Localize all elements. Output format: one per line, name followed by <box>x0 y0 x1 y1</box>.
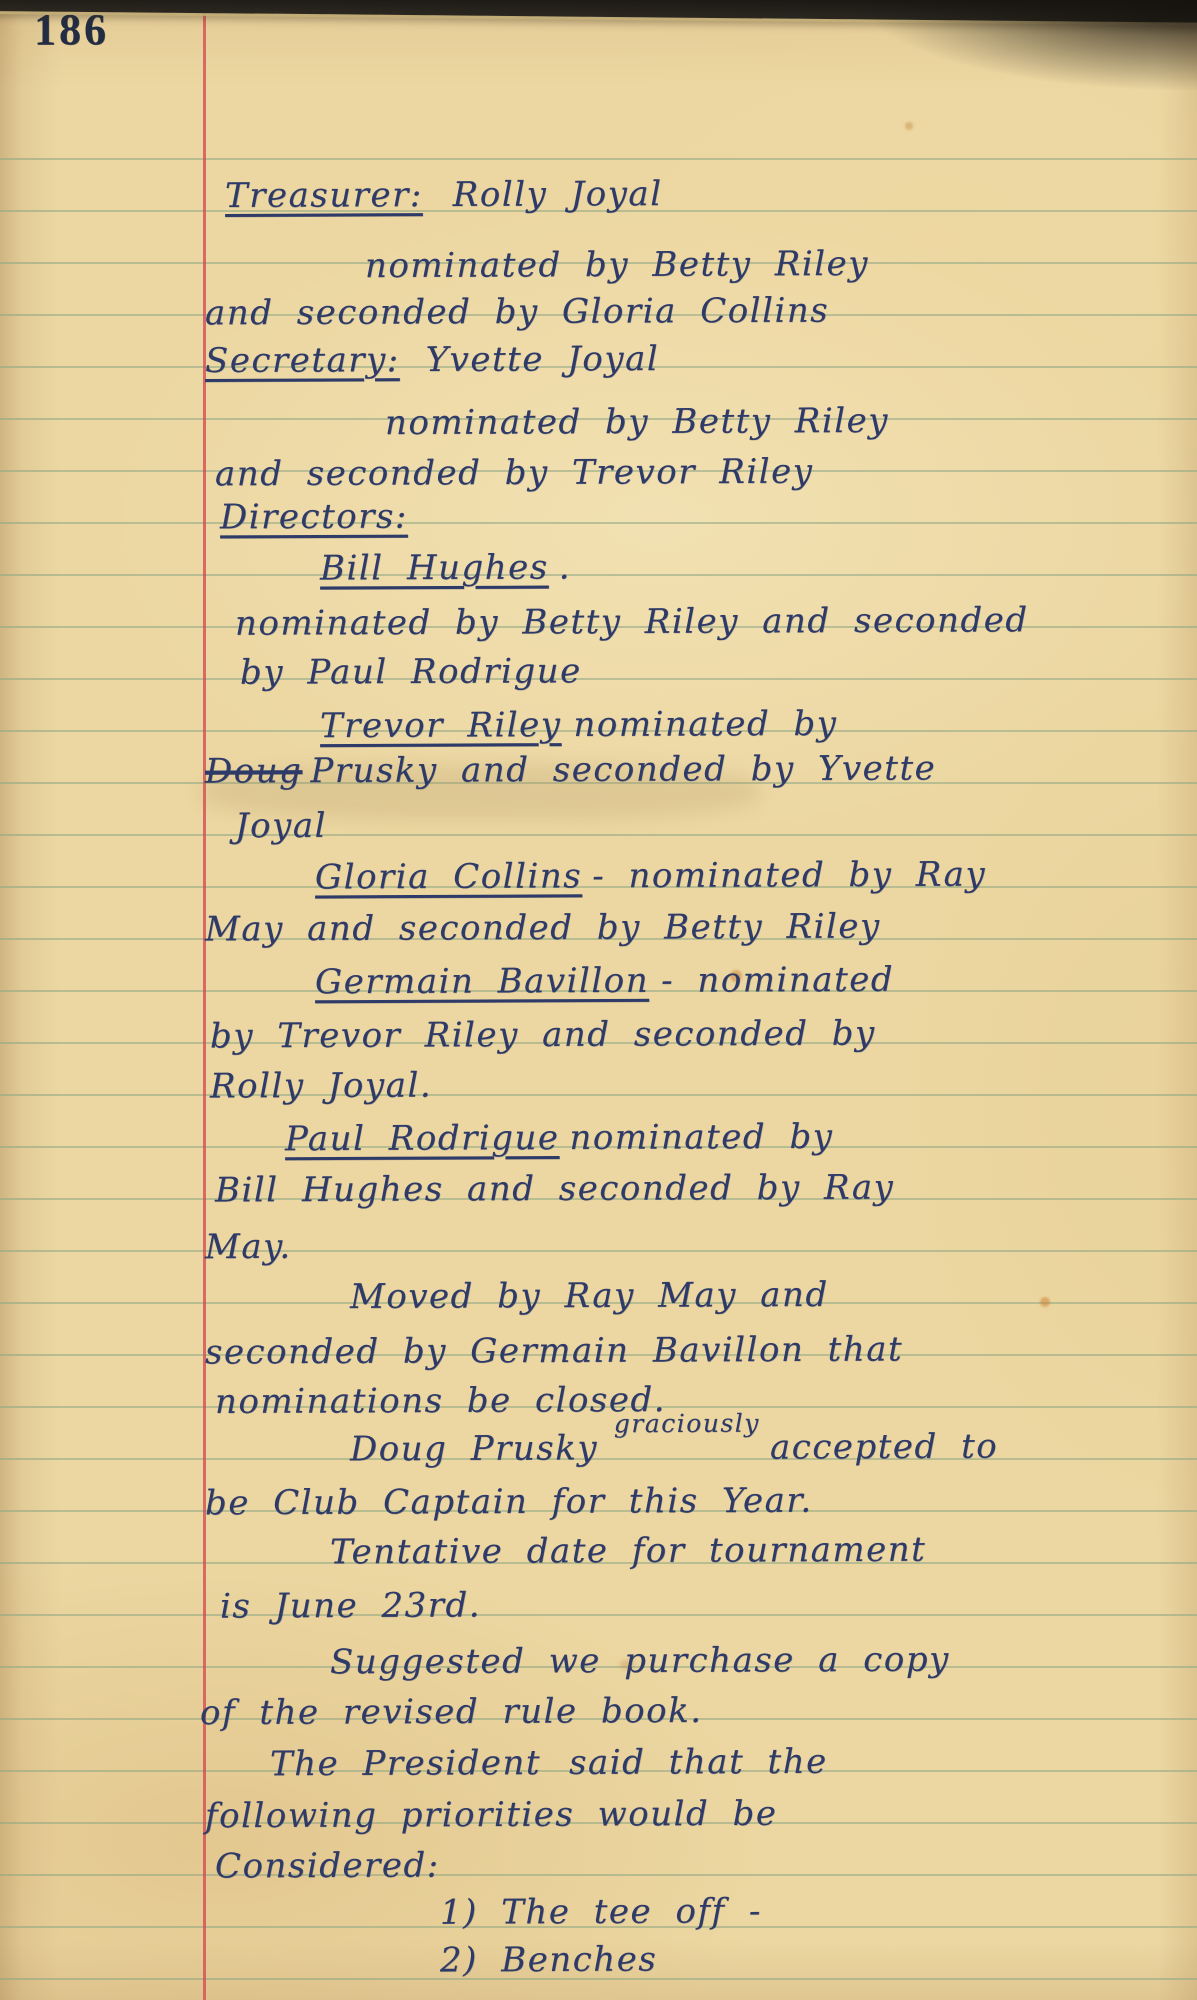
handwritten-text: Trevor Riley <box>320 705 562 746</box>
handwritten-line: May and seconded by Betty Riley <box>205 907 881 950</box>
handwritten-line: Paul Rodriguenominated by <box>285 1117 834 1159</box>
handwritten-text: is June 23rd. <box>220 1585 481 1626</box>
handwritten-line: by Trevor Riley and seconded by <box>210 1014 876 1057</box>
handwritten-text: by Paul Rodrigue <box>240 651 582 692</box>
handwritten-text: Moved by Ray May and <box>350 1275 829 1317</box>
handwritten-text: Treasurer: <box>225 175 423 216</box>
handwritten-text: May and seconded by Betty Riley <box>205 907 881 950</box>
handwriting-layer: Treasurer:Rolly Joyalnominated by Betty … <box>0 0 1197 2000</box>
handwritten-line: by Paul Rodrigue <box>240 651 582 692</box>
handwritten-text: and seconded by Trevor Riley <box>215 452 814 495</box>
handwritten-text: May. <box>205 1227 292 1267</box>
handwritten-line: nominations be closed. <box>215 1380 666 1422</box>
handwritten-text: Tentative date for tournament <box>330 1530 926 1573</box>
handwritten-line: Bill Hughes . <box>320 547 571 588</box>
handwritten-line: is June 23rd. <box>220 1585 481 1626</box>
handwritten-line: Gloria Collins- nominated by Ray <box>315 855 986 898</box>
handwritten-text: 2) Benches <box>440 1940 657 1981</box>
handwritten-text: Bill Hughes and seconded by Ray <box>215 1168 894 1211</box>
handwritten-line: Suggested we purchase a copy <box>330 1640 950 1683</box>
handwritten-line: nominated by Betty Riley and seconded <box>235 600 1029 643</box>
handwritten-line: May. <box>205 1227 292 1267</box>
handwritten-text: be Club Captain for this Year. <box>205 1481 813 1524</box>
handwritten-text: Doug Prusky <box>350 1428 598 1469</box>
handwritten-text: following priorities would be <box>205 1794 778 1836</box>
handwritten-text: 1) The tee off - <box>440 1891 762 1932</box>
handwritten-text: Rolly Joyal <box>453 174 663 215</box>
handwritten-line: Doug Pruskygraciouslyaccepted to <box>350 1427 998 1470</box>
handwritten-text: Germain Bavillon <box>315 961 649 1002</box>
handwritten-text: Bill Hughes <box>320 548 549 589</box>
handwritten-line: Tentative date for tournament <box>330 1530 926 1573</box>
handwritten-text: The President <box>270 1743 541 1784</box>
handwritten-text: Directors: <box>220 497 408 538</box>
handwritten-line: The Presidentsaid that the <box>270 1742 828 1784</box>
handwritten-text: nominated by <box>573 704 837 745</box>
handwritten-line: and seconded by Trevor Riley <box>215 452 814 495</box>
handwritten-line: following priorities would be <box>205 1794 778 1836</box>
handwritten-text: and seconded by Gloria Collins <box>205 291 829 334</box>
handwritten-text: Rolly Joyal. <box>210 1066 432 1107</box>
handwritten-text: seconded by Germain Bavillon that <box>205 1329 903 1372</box>
handwritten-line: Germain Bavillon- nominated <box>315 960 894 1003</box>
handwritten-line: Directors: <box>220 497 408 538</box>
handwritten-line: nominated by Betty Riley <box>385 401 889 443</box>
handwritten-text: Joyal <box>235 806 327 846</box>
handwritten-line: DougPrusky and seconded by Yvette <box>205 748 936 791</box>
handwritten-line: nominated by Betty Riley <box>365 244 869 286</box>
handwritten-line: Rolly Joyal. <box>210 1066 432 1107</box>
handwritten-text: by Trevor Riley and seconded by <box>210 1014 876 1057</box>
handwritten-text: Secretary: <box>205 340 400 381</box>
handwritten-text: said that the <box>569 1742 828 1783</box>
handwritten-text: nominated by <box>569 1117 833 1158</box>
handwritten-text: accepted to <box>770 1427 998 1468</box>
handwritten-line: 2) Benches <box>440 1940 657 1981</box>
handwritten-text: of the revised rule book. <box>200 1691 703 1733</box>
handwritten-line: Joyal <box>235 806 327 846</box>
handwritten-text: Gloria Collins <box>315 856 582 897</box>
handwritten-text: Yvette Joyal <box>426 339 660 380</box>
handwritten-line: 1) The tee off - <box>440 1891 762 1932</box>
handwritten-text: Suggested we purchase a copy <box>330 1640 950 1683</box>
handwritten-text: - nominated by Ray <box>592 855 986 897</box>
handwritten-text: . <box>559 547 571 587</box>
handwritten-text: nominations be closed. <box>215 1380 666 1422</box>
handwritten-text: - nominated <box>661 960 894 1001</box>
handwritten-line: Trevor Rileynominated by <box>320 704 838 746</box>
handwritten-line: Moved by Ray May and <box>350 1275 829 1317</box>
handwritten-line: of the revised rule book. <box>200 1691 703 1733</box>
handwritten-line: Bill Hughes and seconded by Ray <box>215 1168 894 1211</box>
handwritten-text: nominated by Betty Riley <box>365 244 869 286</box>
handwritten-text: nominated by Betty Riley and seconded <box>235 600 1029 643</box>
handwritten-line: and seconded by Gloria Collins <box>205 291 829 334</box>
handwritten-text: Considered: <box>215 1846 440 1887</box>
handwritten-text: Paul Rodrigue <box>285 1118 560 1159</box>
handwritten-text: Doug <box>205 751 303 791</box>
handwritten-text: graciously <box>614 1409 760 1439</box>
handwritten-line: be Club Captain for this Year. <box>205 1481 813 1524</box>
handwritten-line: seconded by Germain Bavillon that <box>205 1329 903 1372</box>
handwritten-text: nominated by Betty Riley <box>385 401 889 443</box>
notebook-paper: 186 Treasurer:Rolly Joyalnominated by Be… <box>0 0 1197 2000</box>
handwritten-line: Treasurer:Rolly Joyal <box>225 174 663 216</box>
handwritten-line: Considered: <box>215 1846 440 1887</box>
handwritten-line: Secretary:Yvette Joyal <box>205 339 659 381</box>
handwritten-text: Prusky and seconded by Yvette <box>310 748 936 791</box>
